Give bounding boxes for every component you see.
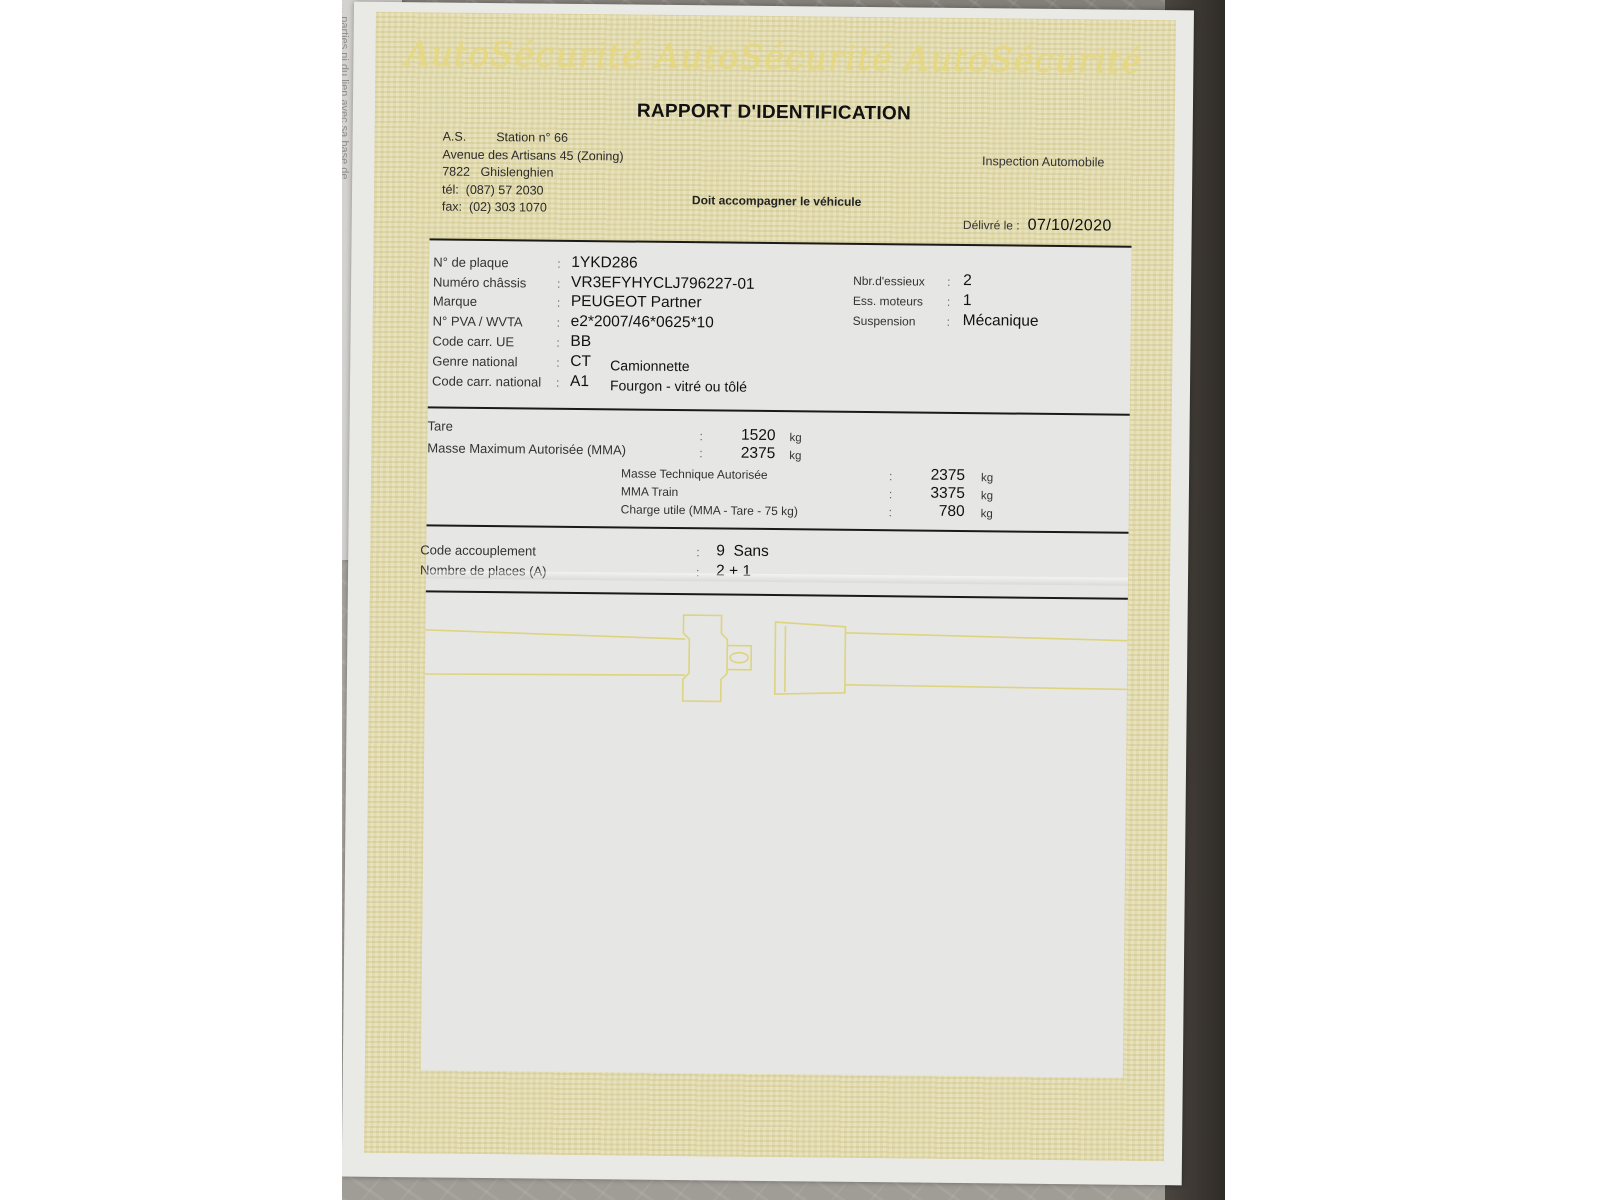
drive-axles: 1 <box>963 292 972 310</box>
report-title: RAPPORT D'IDENTIFICATION <box>637 101 911 126</box>
issuer-address: A.S.Station n° 66 Avenue des Artisans 45… <box>442 129 624 218</box>
field-label: Suspension <box>853 314 916 329</box>
seatbelt-watermark-icon <box>425 600 1128 707</box>
field-label: Marque <box>433 293 477 308</box>
field-label: Tare <box>428 418 453 433</box>
field-label: Nbr.d'essieux <box>853 274 925 289</box>
document-photo: Car-Pass asbl gère une base de données r… <box>342 0 1225 1200</box>
field-colon: : <box>557 257 560 271</box>
plate-number: 1YKD286 <box>571 254 638 273</box>
field-colon: : <box>889 469 892 483</box>
national-genre: CT <box>570 353 591 371</box>
train-mass-value: 3375 <box>905 484 965 503</box>
type-approval: e2*2007/46*0625*10 <box>571 313 714 332</box>
divider <box>428 406 1130 415</box>
issued-on: Délivré le :07/10/2020 <box>963 216 1112 236</box>
watermark: AutoSécurité AutoSécurité AutoSécurité <box>405 34 1145 92</box>
issuer-city: Ghislenghien <box>480 165 553 180</box>
unit: kg <box>981 508 993 520</box>
field-label: Numéro châssis <box>433 274 526 290</box>
field-colon: : <box>556 336 559 350</box>
field-colon: : <box>557 316 560 330</box>
issued-label: Délivré le : <box>963 218 1020 233</box>
make-model: PEUGEOT Partner <box>571 293 702 312</box>
field-label: Masse Technique Autorisée <box>621 466 768 482</box>
paper-fold <box>426 570 1128 585</box>
issuer-postal-code: 7822 <box>442 165 470 179</box>
unit: kg <box>981 472 993 484</box>
issuer-org: A.S. <box>443 130 467 144</box>
inspection-label: Inspection Automobile <box>982 154 1104 169</box>
divider <box>430 238 1132 247</box>
field-colon: : <box>889 505 892 519</box>
divider <box>426 590 1128 599</box>
field-colon: : <box>696 545 699 559</box>
national-body-code: A1 <box>570 373 589 391</box>
tare-value: 1520 <box>715 426 775 445</box>
issued-date: 07/10/2020 <box>1028 217 1112 235</box>
field-colon: : <box>699 446 702 460</box>
issuer-tel: (087) 57 2030 <box>466 182 544 197</box>
field-label: Charge utile (MMA - Tare - 75 kg) <box>621 502 798 518</box>
security-pattern: AutoSécurité AutoSécurité AutoSécurité R… <box>364 12 1176 1161</box>
field-colon: : <box>699 429 702 443</box>
identification-report: AutoSécurité AutoSécurité AutoSécurité R… <box>342 2 1194 1186</box>
national-genre-description: Camionnette <box>610 357 690 374</box>
issuer-station: Station n° 66 <box>496 130 568 145</box>
field-label: Code accouplement <box>420 542 536 558</box>
field-label: N° de plaque <box>433 254 508 270</box>
field-label: Genre national <box>432 353 517 369</box>
unit: kg <box>981 490 993 502</box>
field-colon: : <box>557 277 560 291</box>
field-label: MMA Train <box>621 484 679 499</box>
axle-count: 2 <box>963 272 972 290</box>
fax-label: fax: <box>442 200 462 214</box>
payload-value: 780 <box>905 502 965 521</box>
accompany-notice: Doit accompagner le véhicule <box>692 193 862 209</box>
field-label: Code carr. UE <box>432 333 514 349</box>
suspension: Mécanique <box>963 312 1039 331</box>
field-label: N° PVA / WVTA <box>433 313 523 329</box>
data-panel: N° de plaque : 1YKD286 Numéro châssis : … <box>421 240 1132 1077</box>
report-header: AutoSécurité AutoSécurité AutoSécurité R… <box>374 12 1176 230</box>
national-body-description: Fourgon - vitré ou tôlé <box>610 377 747 394</box>
field-label: Code carr. national <box>432 373 541 389</box>
issuer-fax: (02) 303 1070 <box>469 200 547 215</box>
field-colon: : <box>889 487 892 501</box>
field-colon: : <box>947 315 950 329</box>
field-colon: : <box>947 295 950 309</box>
eu-body-code: BB <box>570 333 591 351</box>
mma-value: 2375 <box>715 444 775 463</box>
issuer-street: Avenue des Artisans 45 (Zoning) <box>442 146 623 165</box>
technical-mass-value: 2375 <box>905 466 965 485</box>
tel-label: tél: <box>442 182 459 196</box>
field-colon: : <box>556 376 559 390</box>
field-label: Ess. moteurs <box>853 294 923 309</box>
field-colon: : <box>557 296 560 310</box>
unit: kg <box>789 450 801 462</box>
unit: kg <box>789 432 801 444</box>
divider <box>427 524 1129 533</box>
chassis-number: VR3EFYHYCLJ796227-01 <box>571 274 755 294</box>
coupling-code: 9 Sans <box>716 542 769 561</box>
field-colon: : <box>556 356 559 370</box>
field-label: Masse Maximum Autorisée (MMA) <box>427 440 626 457</box>
field-colon: : <box>947 275 950 289</box>
